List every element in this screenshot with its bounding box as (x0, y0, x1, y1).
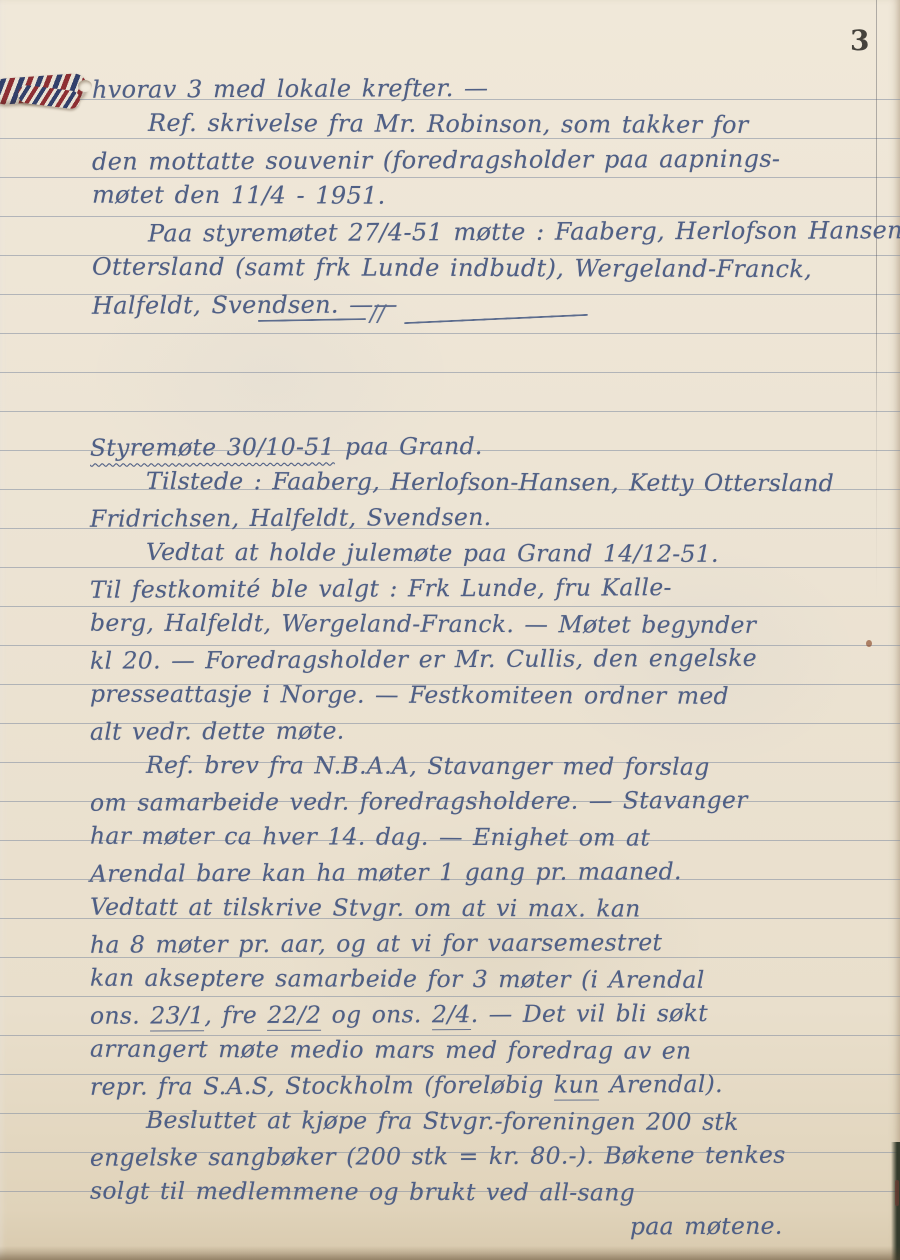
photo-edge-fleck (895, 1180, 899, 1206)
handwriting-line: engelske sangbøker (200 stk = kr. 80.-).… (90, 1137, 870, 1176)
handwriting-line: presseattasje i Norge. — Festkomiteen or… (90, 676, 870, 714)
section-divider: // (258, 300, 588, 334)
handwriting-line: Fridrichsen, Halfeldt, Svendsen. (90, 498, 870, 537)
handwriting-block-top: hvorav 3 med lokale krefter. — Ref. skri… (92, 70, 867, 322)
handwriting-line-kun: repr. fra S.A.S, Stockholm (foreløbig ku… (90, 1066, 870, 1105)
handwriting-line: Vedtatt at tilskrive Stvgr. om at vi max… (90, 889, 870, 927)
text-segment: og ons. (321, 1000, 432, 1028)
meeting-heading-rest: paa Grand. (335, 432, 483, 461)
underlined-word: kun (554, 1070, 600, 1100)
page-bottom-shadow (0, 1246, 900, 1260)
divider-stroke (258, 318, 366, 322)
handwriting-line: Paa styremøtet 27/4-51 møtte : Faaberg, … (92, 212, 867, 251)
handwriting-line: Ref. skrivelse fra Mr. Robinson, som tak… (92, 105, 867, 144)
handwriting-line: arrangert møte medio mars med foredrag a… (90, 1031, 870, 1069)
handwriting-line: om samarbeide vedr. foredragsholdere. — … (90, 782, 870, 821)
page-number: 3 (850, 24, 869, 57)
page-crease (876, 0, 877, 600)
handwriting-line: solgt til medlemmene og brukt ved all-sa… (90, 1173, 870, 1211)
handwriting-line: kl 20. — Foredragsholder er Mr. Cullis, … (90, 640, 870, 679)
handwriting-line: Ottersland (samt frk Lunde indbudt), Wer… (92, 249, 867, 288)
handwriting-line: Tilstede : Faaberg, Herlofson-Hansen, Ke… (90, 463, 870, 501)
handwriting-line: ha 8 møter pr. aar, og at vi for vaarsem… (90, 924, 870, 963)
handwriting-line: Arendal bare kan ha møter 1 gang pr. maa… (90, 853, 870, 892)
handwriting-line: hvorav 3 med lokale krefter. — (92, 68, 867, 107)
binding-hole (78, 80, 92, 92)
divider-ditto-mark: // (370, 302, 385, 327)
handwriting-line-meeting-dates: ons. 23/1, fre 22/2 og ons. 2/4. — Det v… (90, 995, 870, 1034)
handwriting-line: alt vedr. dette møte. (90, 711, 870, 750)
handwriting-line: kan akseptere samarbeide for 3 møter (i … (90, 960, 870, 998)
underlined-date: 22/2 (267, 1001, 321, 1031)
text-segment: . — Det vil bli søkt (471, 999, 708, 1028)
meeting-heading: Styremøte 30/10-51 paa Grand. (90, 427, 870, 466)
divider-stroke (404, 314, 588, 324)
notebook-page: 3 hvorav 3 med lokale krefter. — Ref. sk… (0, 0, 900, 1260)
text-segment: Arendal). (599, 1070, 723, 1099)
handwriting-line: den mottatte souvenir (foredragsholder p… (92, 140, 867, 179)
text-segment: repr. fra S.A.S, Stockholm (foreløbig (90, 1071, 554, 1101)
handwriting-line: Til festkomité ble valgt : Frk Lunde, fr… (90, 569, 870, 608)
handwriting-line: Besluttet at kjøpe fra Stvgr.-foreningen… (90, 1102, 870, 1140)
closing-line: paa møtene. (90, 1208, 870, 1247)
handwriting-line: Vedtat at holde julemøte paa Grand 14/12… (90, 534, 870, 572)
handwriting-line: berg, Halfeldt, Wergeland-Franck. — Møte… (90, 605, 870, 643)
meeting-heading-date: Styremøte 30/10-51 (90, 433, 335, 462)
text-segment: , fre (204, 1001, 267, 1029)
handwriting-line: Ref. brev fra N.B.A.A, Stavanger med for… (90, 747, 870, 785)
underlined-date: 2/4 (432, 1000, 471, 1030)
text-segment: ons. (90, 1001, 150, 1029)
handwriting-line: har møter ca hver 14. dag. — Enighet om … (90, 818, 870, 856)
underlined-date: 23/1 (150, 1001, 204, 1031)
handwriting-line: møtet den 11/4 - 1951. (92, 177, 867, 216)
handwriting-block-main: Styremøte 30/10-51 paa Grand. Tilstede :… (90, 429, 870, 1246)
